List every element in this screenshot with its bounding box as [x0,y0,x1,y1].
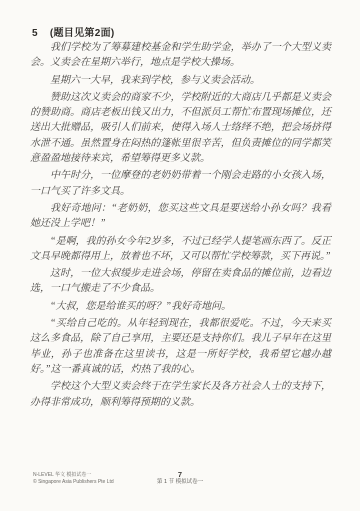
paragraph: 我们学校为了筹募建校基金和学生助学金，举办了一个大型义卖会。义卖会在星期六举行，… [30,40,331,71]
paragraph: “大叔，您是给谁买的呀？”我好奇地问。 [30,299,331,314]
page-number: 7 [0,470,360,479]
passage-body: 我们学校为了筹募建校基金和学生助学金，举办了一个大型义卖会。义卖会在星期六举行，… [30,40,331,412]
footer-page-info: 7 第 1 节 模拟试卷一 [0,470,360,486]
paragraph: 我好奇地问：“老奶奶，您买这些文具是要送给小孙女吗？我看她还没上学吧！” [30,201,331,232]
footer-section-label: 第 1 节 模拟试卷一 [0,479,360,486]
paragraph: 赞助这次义卖会的商家不少，学校附近的大商店几乎都是义卖会的赞助商。商店老板出钱又… [30,90,331,166]
paragraph: “买给自己吃的。从年轻到现在，我都很爱吃。不过，今天来买这么多食品，除了自己享用… [30,316,331,377]
paragraph: 中午时分，一位摩登的老奶奶带着一个刚会走路的小女孩入场，一口气买了许多文具。 [30,168,331,199]
paragraph: “是啊，我的孙女今年2岁多，不过已经学人提笔画东西了。反正文具早晚都得用上，放着… [30,234,331,265]
question-note: (题目见第2面) [50,28,115,39]
paragraph: 星期六一大早，我来到学校，参与义卖会活动。 [30,73,331,88]
question-number: 5 [32,28,38,39]
paragraph: 学校这个大型义卖会终于在学生家长及各方社会人士的支持下，办得非常成功，顺利筹得预… [30,379,331,410]
paragraph: 这时，一位大叔缓步走进会场，停留在卖食品的摊位前，边看边选，一口气搬走了不少食品… [30,266,331,297]
question-header: 5(题目见第2面) [32,24,115,39]
exam-paper-page: 5(题目见第2面) 我们学校为了筹募建校基金和学生助学金，举办了一个大型义卖会。… [0,0,360,511]
